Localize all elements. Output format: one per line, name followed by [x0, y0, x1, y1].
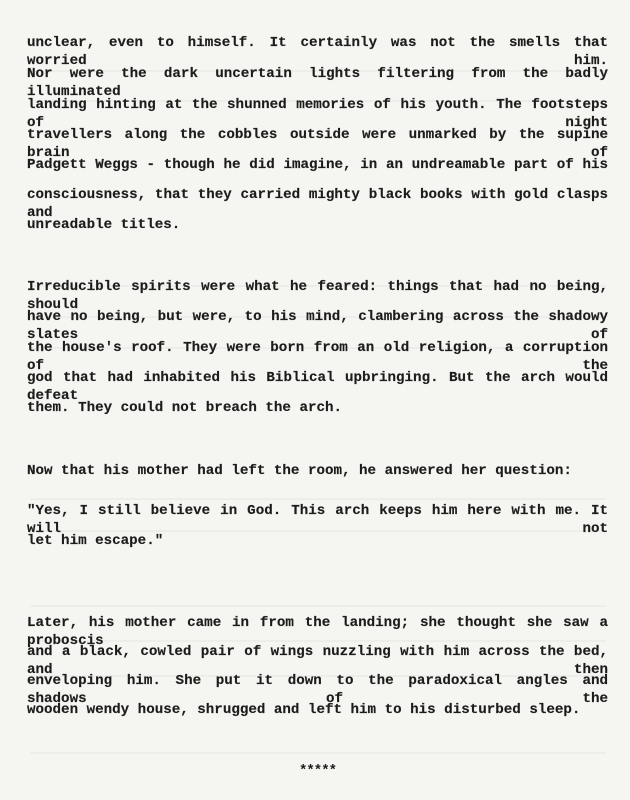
- section-break-asterisks: *****: [27, 762, 608, 780]
- text-line: Padgett Weggs - though he did imagine, i…: [27, 156, 608, 174]
- text-line: them. They could not breach the arch.: [27, 399, 608, 417]
- text-line: wooden wendy house, shrugged and left hi…: [27, 701, 608, 719]
- text-line: unreadable titles.: [27, 216, 608, 234]
- text-line: Now that his mother had left the room, h…: [27, 462, 608, 480]
- text-line: let him escape.": [27, 532, 608, 550]
